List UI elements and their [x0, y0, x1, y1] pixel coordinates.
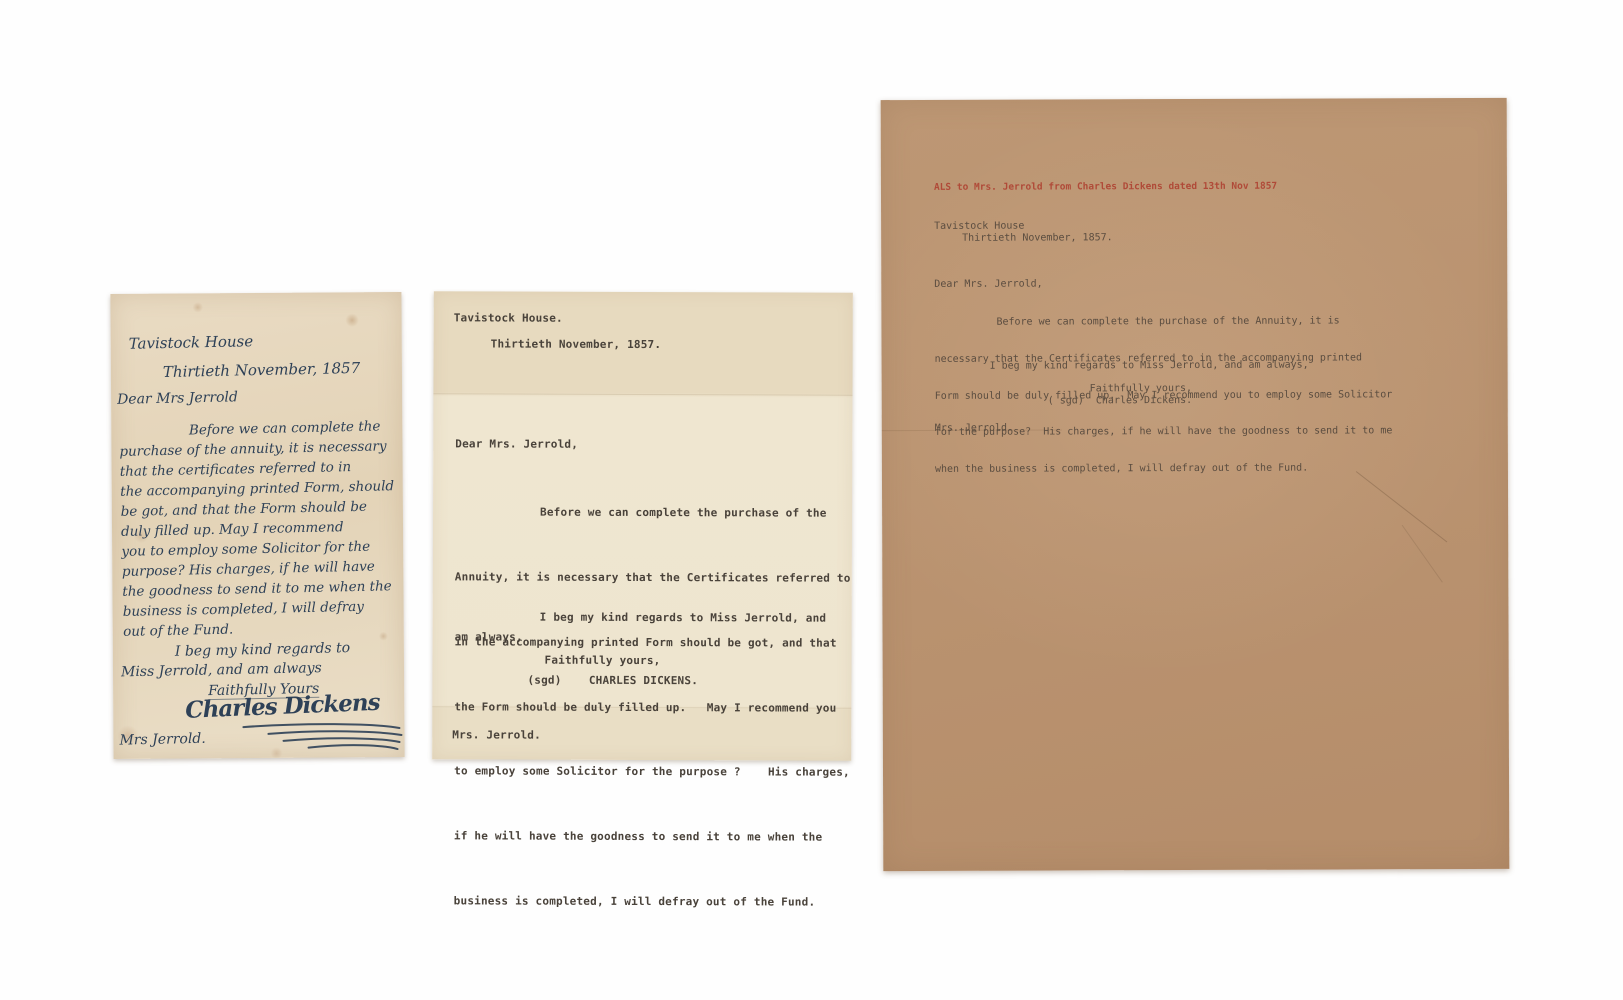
handwritten-letter: Tavistock House Thirtieth November, 1857…	[110, 292, 404, 759]
typed-body-line: to employ some Solicitor for the purpose…	[454, 761, 850, 784]
handwritten-closing-line: I beg my kind regards to	[175, 640, 351, 660]
carbon-address: Tavistock House	[934, 221, 1024, 232]
carbon-body-line: when the business is completed, I will d…	[935, 462, 1393, 476]
typed-body-line: business is completed, I will defray out…	[454, 890, 850, 913]
handwritten-date: Thirtieth November, 1857	[163, 359, 361, 381]
handwritten-salutation: Dear Mrs Jerrold	[117, 389, 238, 408]
typed-body-line: Annuity, it is necessary that the Certif…	[455, 566, 851, 589]
carbon-regards-line: I beg my kind regards to Miss Jerrold, a…	[990, 360, 1309, 372]
typed-date: Thirtieth November, 1857.	[491, 337, 662, 351]
typed-body-line: the Form should be duly filled up. May I…	[454, 696, 850, 719]
carbon-signature-line: ( sgd) Charles Dickens.	[1048, 395, 1193, 407]
carbon-copy-letter: ALS to Mrs. Jerrold from Charles Dickens…	[881, 98, 1510, 871]
signature-flourish	[213, 722, 403, 753]
handwritten-closing-line: Miss Jerrold, and am always	[121, 660, 322, 680]
handwritten-addressee: Mrs Jerrold.	[119, 731, 206, 749]
typed-regards-line: am always,	[455, 630, 523, 643]
typed-transcript-letter: Tavistock House. Thirtieth November, 185…	[432, 291, 853, 760]
fold-line	[433, 393, 852, 395]
typed-valediction: Faithfully yours,	[545, 654, 661, 667]
documents-photo: Tavistock House Thirtieth November, 1857…	[0, 0, 1623, 1000]
handwritten-body: Before we can complete the purchase of t…	[119, 416, 402, 642]
typed-body-line: Before we can complete the purchase of t…	[455, 502, 851, 525]
carbon-valediction: Faithfully yours,	[1090, 383, 1192, 394]
typed-salutation: Dear Mrs. Jerrold,	[455, 437, 578, 450]
catalog-header-line: ALS to Mrs. Jerrold from Charles Dickens…	[934, 181, 1277, 193]
typed-body: Before we can complete the purchase of t…	[454, 458, 851, 956]
typed-regards-line: I beg my kind regards to Miss Jerrold, a…	[540, 611, 827, 625]
typed-signature-line: (sgd) CHARLES DICKENS.	[527, 674, 698, 688]
typed-addressee: Mrs. Jerrold.	[452, 728, 541, 741]
handwritten-address: Tavistock House	[129, 332, 254, 353]
typed-address: Tavistock House.	[454, 311, 563, 324]
carbon-salutation: Dear Mrs. Jerrold,	[934, 279, 1042, 290]
carbon-addressee: Mrs. Jerrold.	[935, 423, 1013, 434]
carbon-body-line: Before we can complete the purchase of t…	[934, 316, 1392, 330]
carbon-date: Thirtieth November, 1857.	[962, 232, 1113, 244]
typed-body-line: if he will have the goodness to send it …	[454, 825, 850, 848]
